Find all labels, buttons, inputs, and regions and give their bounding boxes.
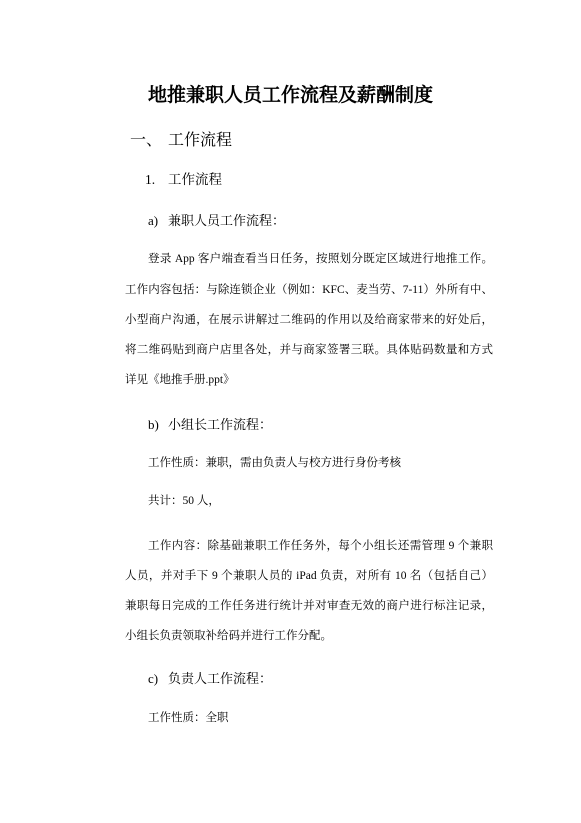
headcount-line: 共计：50 人， [125,493,493,510]
heading-section1: 一、工作流程 [130,131,232,151]
work-nature-line-b: 工作性质：兼职，需由负责人与校方进行身份考核 [125,455,493,472]
section1-label: 工作流程 [168,132,232,149]
paragraph-line: 工作内容：除基础兼职工作任务外，每个小组长还需管理 9 个兼职 [125,538,493,555]
item-c-heading: c)负责人工作流程： [148,670,272,688]
item-a-label: 兼职人员工作流程： [168,213,285,228]
item-c-label: 负责人工作流程： [168,671,272,686]
item-b-heading: b)小组长工作流程： [148,416,272,434]
doc-title: 地推兼职人员工作流程及薪酬制度 [0,84,581,108]
heading-sub1: 1.工作流程 [145,171,222,189]
paragraph-line: 将二维码贴到商户店里各处，并与商家签署三联。具体贴码数量和方式 [125,342,493,359]
item-a-marker: a) [148,212,168,230]
work-nature-line-c: 工作性质：全职 [125,710,493,727]
item-c-marker: c) [148,670,168,688]
paragraph-line: 小型商户沟通，在展示讲解过二维码的作用以及给商家带来的好处后， [125,312,493,329]
document-page[interactable]: 地推兼职人员工作流程及薪酬制度 一、工作流程 1.工作流程 a)兼职人员工作流程… [0,0,581,823]
paragraph-line: 人员，并对手下 9 个兼职人员的 iPad 负责，对所有 10 名（包括自己） [125,568,493,585]
paragraph-line: 工作内容包括：与除连锁企业（例如：KFC、麦当劳、7-11）外所有中、 [125,282,493,299]
paragraph-line: 详见《地推手册.ppt》 [125,372,493,389]
item-b-marker: b) [148,416,168,434]
paragraph-line: 小组长负责领取补给码并进行工作分配。 [125,628,493,645]
sub1-label: 工作流程 [168,172,222,187]
item-b-label: 小组长工作流程： [168,417,272,432]
paragraph-line: 兼职每日完成的工作任务进行统计并对审查无效的商户进行标注记录， [125,598,493,615]
section1-marker: 一、 [130,131,168,151]
paragraph-line: 登录 App 客户端查看当日任务，按照划分既定区域进行地推工作。 [125,251,493,268]
sub1-marker: 1. [145,171,168,189]
item-a-heading: a)兼职人员工作流程： [148,212,285,230]
